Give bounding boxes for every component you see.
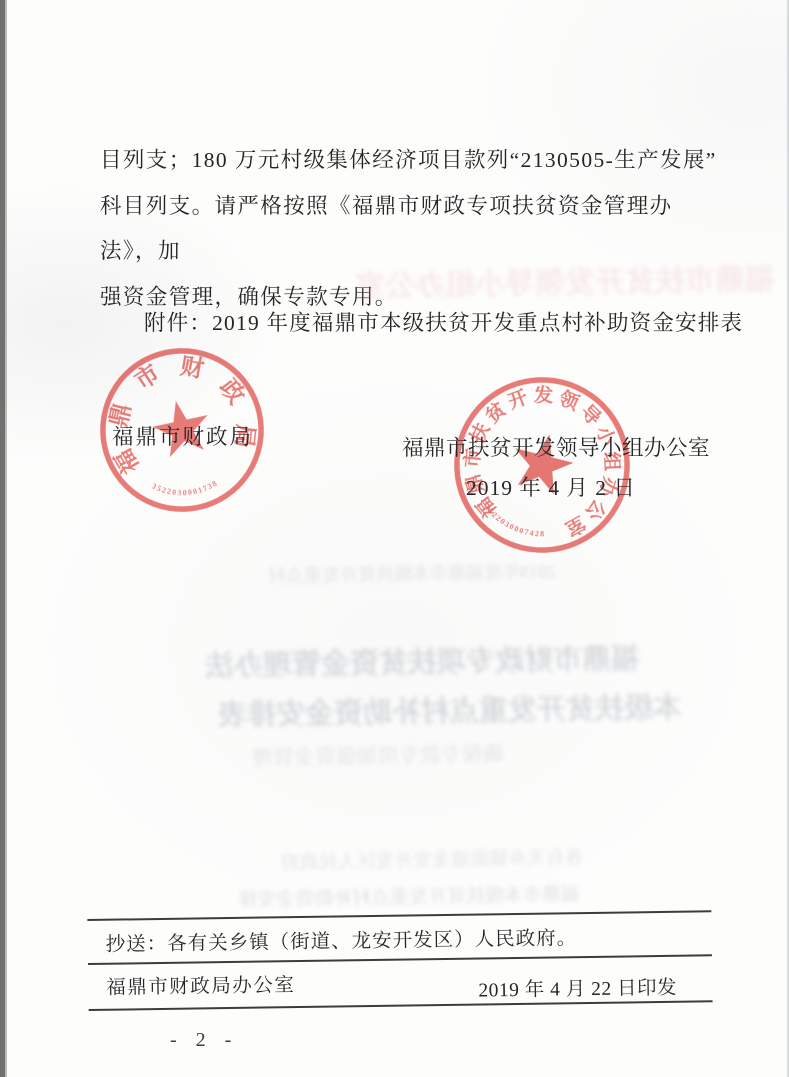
bleed-through-text: 各有关乡镇街道龙安开发区人民政府 — [280, 842, 584, 874]
official-seal-poverty-office: 福鼎市扶贫开发领导小组办公室 3522030007428 — [428, 351, 656, 579]
bleed-through-text: 本级扶贫开发重点村补助资金安排表 — [218, 685, 683, 734]
footer-rule-middle — [88, 954, 712, 964]
footer-print-date: 2019 年 4 月 22 日印发 — [478, 972, 677, 1003]
footer-rule-top — [87, 910, 711, 921]
footer-rule-bottom — [89, 1000, 713, 1011]
page-number: - 2 - — [170, 1029, 238, 1052]
bleed-through-text: 福鼎市财政专项扶贫资金管理办法 — [205, 636, 641, 685]
document-footer: 抄送：各有关乡镇（街道、龙安开发区）人民政府。 福鼎市财政局办公室 2019 年… — [87, 905, 712, 1016]
bleed-through-text: 福鼎市扶贫开发领导小组办公室 — [355, 254, 776, 305]
footer-issuer: 福鼎市财政局办公室 — [106, 969, 295, 1000]
scan-edge-left — [0, 0, 7, 1077]
bleed-through-text: 2019年度福鼎市本级扶贫开发重点村 — [268, 557, 556, 588]
svg-text:3522030007428: 3522030007428 — [479, 501, 551, 541]
seal-serial: 3522030001738 — [149, 468, 221, 505]
body-line: 目列支；180 万元村级集体经济项目款列“2130505-生产发展” — [100, 138, 725, 184]
signature-date: 2019 年 4 月 2 日 — [466, 471, 636, 502]
svg-text:3522030001738: 3522030001738 — [149, 468, 221, 505]
footer-copy-line: 抄送：各有关乡镇（街道、龙安开发区）人民政府。 — [105, 922, 577, 957]
bleed-through-text: 确保专款专用加强资金管理 — [252, 738, 504, 772]
document-page: 福鼎市扶贫开发领导小组办公室 2019年度福鼎市本级扶贫开发重点村 福鼎市财政专… — [0, 0, 789, 1077]
seal-serial: 3522030007428 — [479, 501, 551, 541]
signature-right-org: 福鼎市扶贫开发领导小组办公室 — [402, 431, 710, 462]
signature-left-org: 福鼎市财政局 — [112, 420, 253, 451]
